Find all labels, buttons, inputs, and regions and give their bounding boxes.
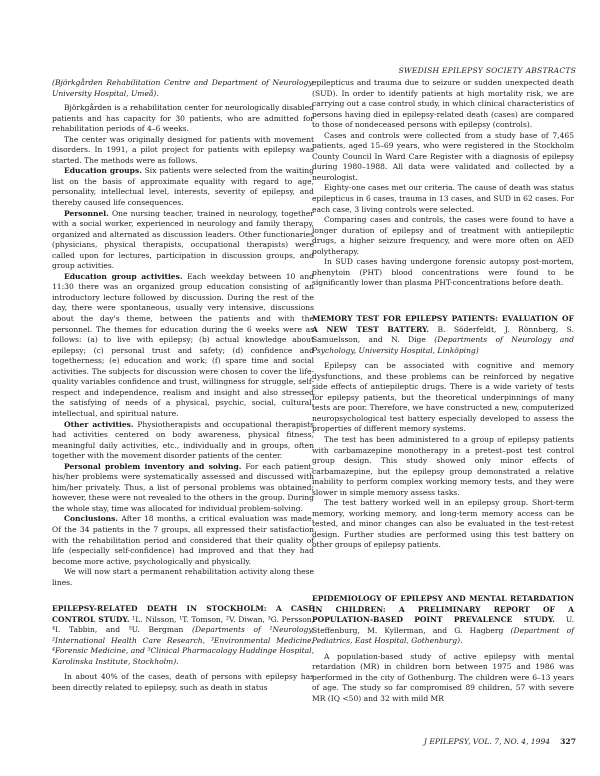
paragraph-lead: Personal problem inventory and solving.: [64, 462, 241, 471]
paragraph-text: Each weekday between 10 and 11:30 there …: [52, 272, 314, 418]
abstract-paragraph: We will now start a permanent rehabilita…: [52, 567, 314, 588]
paragraph-text: The center was originally designed for p…: [52, 135, 314, 165]
abstract-paragraph: The test has been administered to a grou…: [312, 435, 574, 498]
abstract-header: EPIDEMIOLOGY OF EPILEPSY AND MENTAL RETA…: [312, 594, 574, 647]
running-head: SWEDISH EPILEPSY SOCIETY ABSTRACTS: [330, 66, 576, 75]
abstract-paragraph: In about 40% of the cases, death of pers…: [52, 672, 314, 693]
paragraph-lead: Personnel.: [64, 209, 109, 218]
paragraph-lead: Other activities.: [64, 420, 134, 429]
journal-citation: J EPILEPSY, VOL. 7, NO. 4, 1994: [424, 737, 550, 746]
paragraph-lead: Education group activities.: [64, 272, 183, 281]
abstract-paragraph: Epilepsy can be associated with cognitiv…: [312, 361, 574, 435]
rehab-abstract-body: Björkgården is a rehabilitation center f…: [52, 103, 314, 588]
abstract-paragraph: The center was originally designed for p…: [52, 135, 314, 167]
page-footer: J EPILEPSY, VOL. 7, NO. 4, 1994327: [330, 737, 576, 746]
abstract-stockholm: EPILEPSY-RELATED DEATH IN STOCKHOLM: A C…: [52, 604, 314, 693]
abstract-paragraph: Education groups. Six patients were sele…: [52, 166, 314, 208]
page-number: 327: [560, 737, 576, 746]
abstract-paragraph: The test battery worked well in an epile…: [312, 498, 574, 551]
abstract-paragraph: epilepticus and trauma due to seizure or…: [312, 78, 574, 131]
abstract-header: EPILEPSY-RELATED DEATH IN STOCKHOLM: A C…: [52, 604, 314, 667]
abstract-paragraph: Björkgården is a rehabilitation center f…: [52, 103, 314, 135]
abstract-paragraph: Comparing cases and controls, the cases …: [312, 215, 574, 257]
abstract-header: MEMORY TEST FOR EPILEPSY PATIENTS: EVALU…: [312, 314, 574, 356]
affiliation: (Björkgården Rehabilitation Centre and D…: [52, 78, 314, 99]
abstract-paragraph: Personal problem inventory and solving. …: [52, 462, 314, 515]
paragraph-lead: Conclusions.: [64, 514, 118, 523]
abstract-paragraph: A population-based study of active epile…: [312, 652, 574, 705]
abstract-paragraph: Education group activities. Each weekday…: [52, 272, 314, 420]
abstract-paragraph: Eighty-one cases met our criteria. The c…: [312, 183, 574, 215]
abstract-title: EPIDEMIOLOGY OF EPILEPSY AND MENTAL RETA…: [312, 594, 574, 624]
abstract-paragraph: Other activities. Physiotherapists and o…: [52, 420, 314, 462]
left-column: (Björkgården Rehabilitation Centre and D…: [52, 78, 314, 588]
paragraph-text: We will now start a permanent rehabilita…: [52, 567, 314, 587]
paragraph-lead: Education groups.: [64, 166, 142, 175]
abstract-paragraph: Conclusions. After 18 months, a critical…: [52, 514, 314, 567]
abstract-memory: MEMORY TEST FOR EPILEPSY PATIENTS: EVALU…: [312, 314, 574, 551]
paragraph-text: Björkgården is a rehabilitation center f…: [52, 103, 314, 133]
abstract-paragraph: Personnel. One nursing teacher, trained …: [52, 209, 314, 272]
abstract-paragraph: Cases and controls were collected from a…: [312, 131, 574, 184]
right-column: epilepticus and trauma due to seizure or…: [312, 78, 574, 289]
abstract-paragraph: In SUD cases having undergone forensic a…: [312, 257, 574, 289]
abstract-epidemiology: EPIDEMIOLOGY OF EPILEPSY AND MENTAL RETA…: [312, 594, 574, 704]
